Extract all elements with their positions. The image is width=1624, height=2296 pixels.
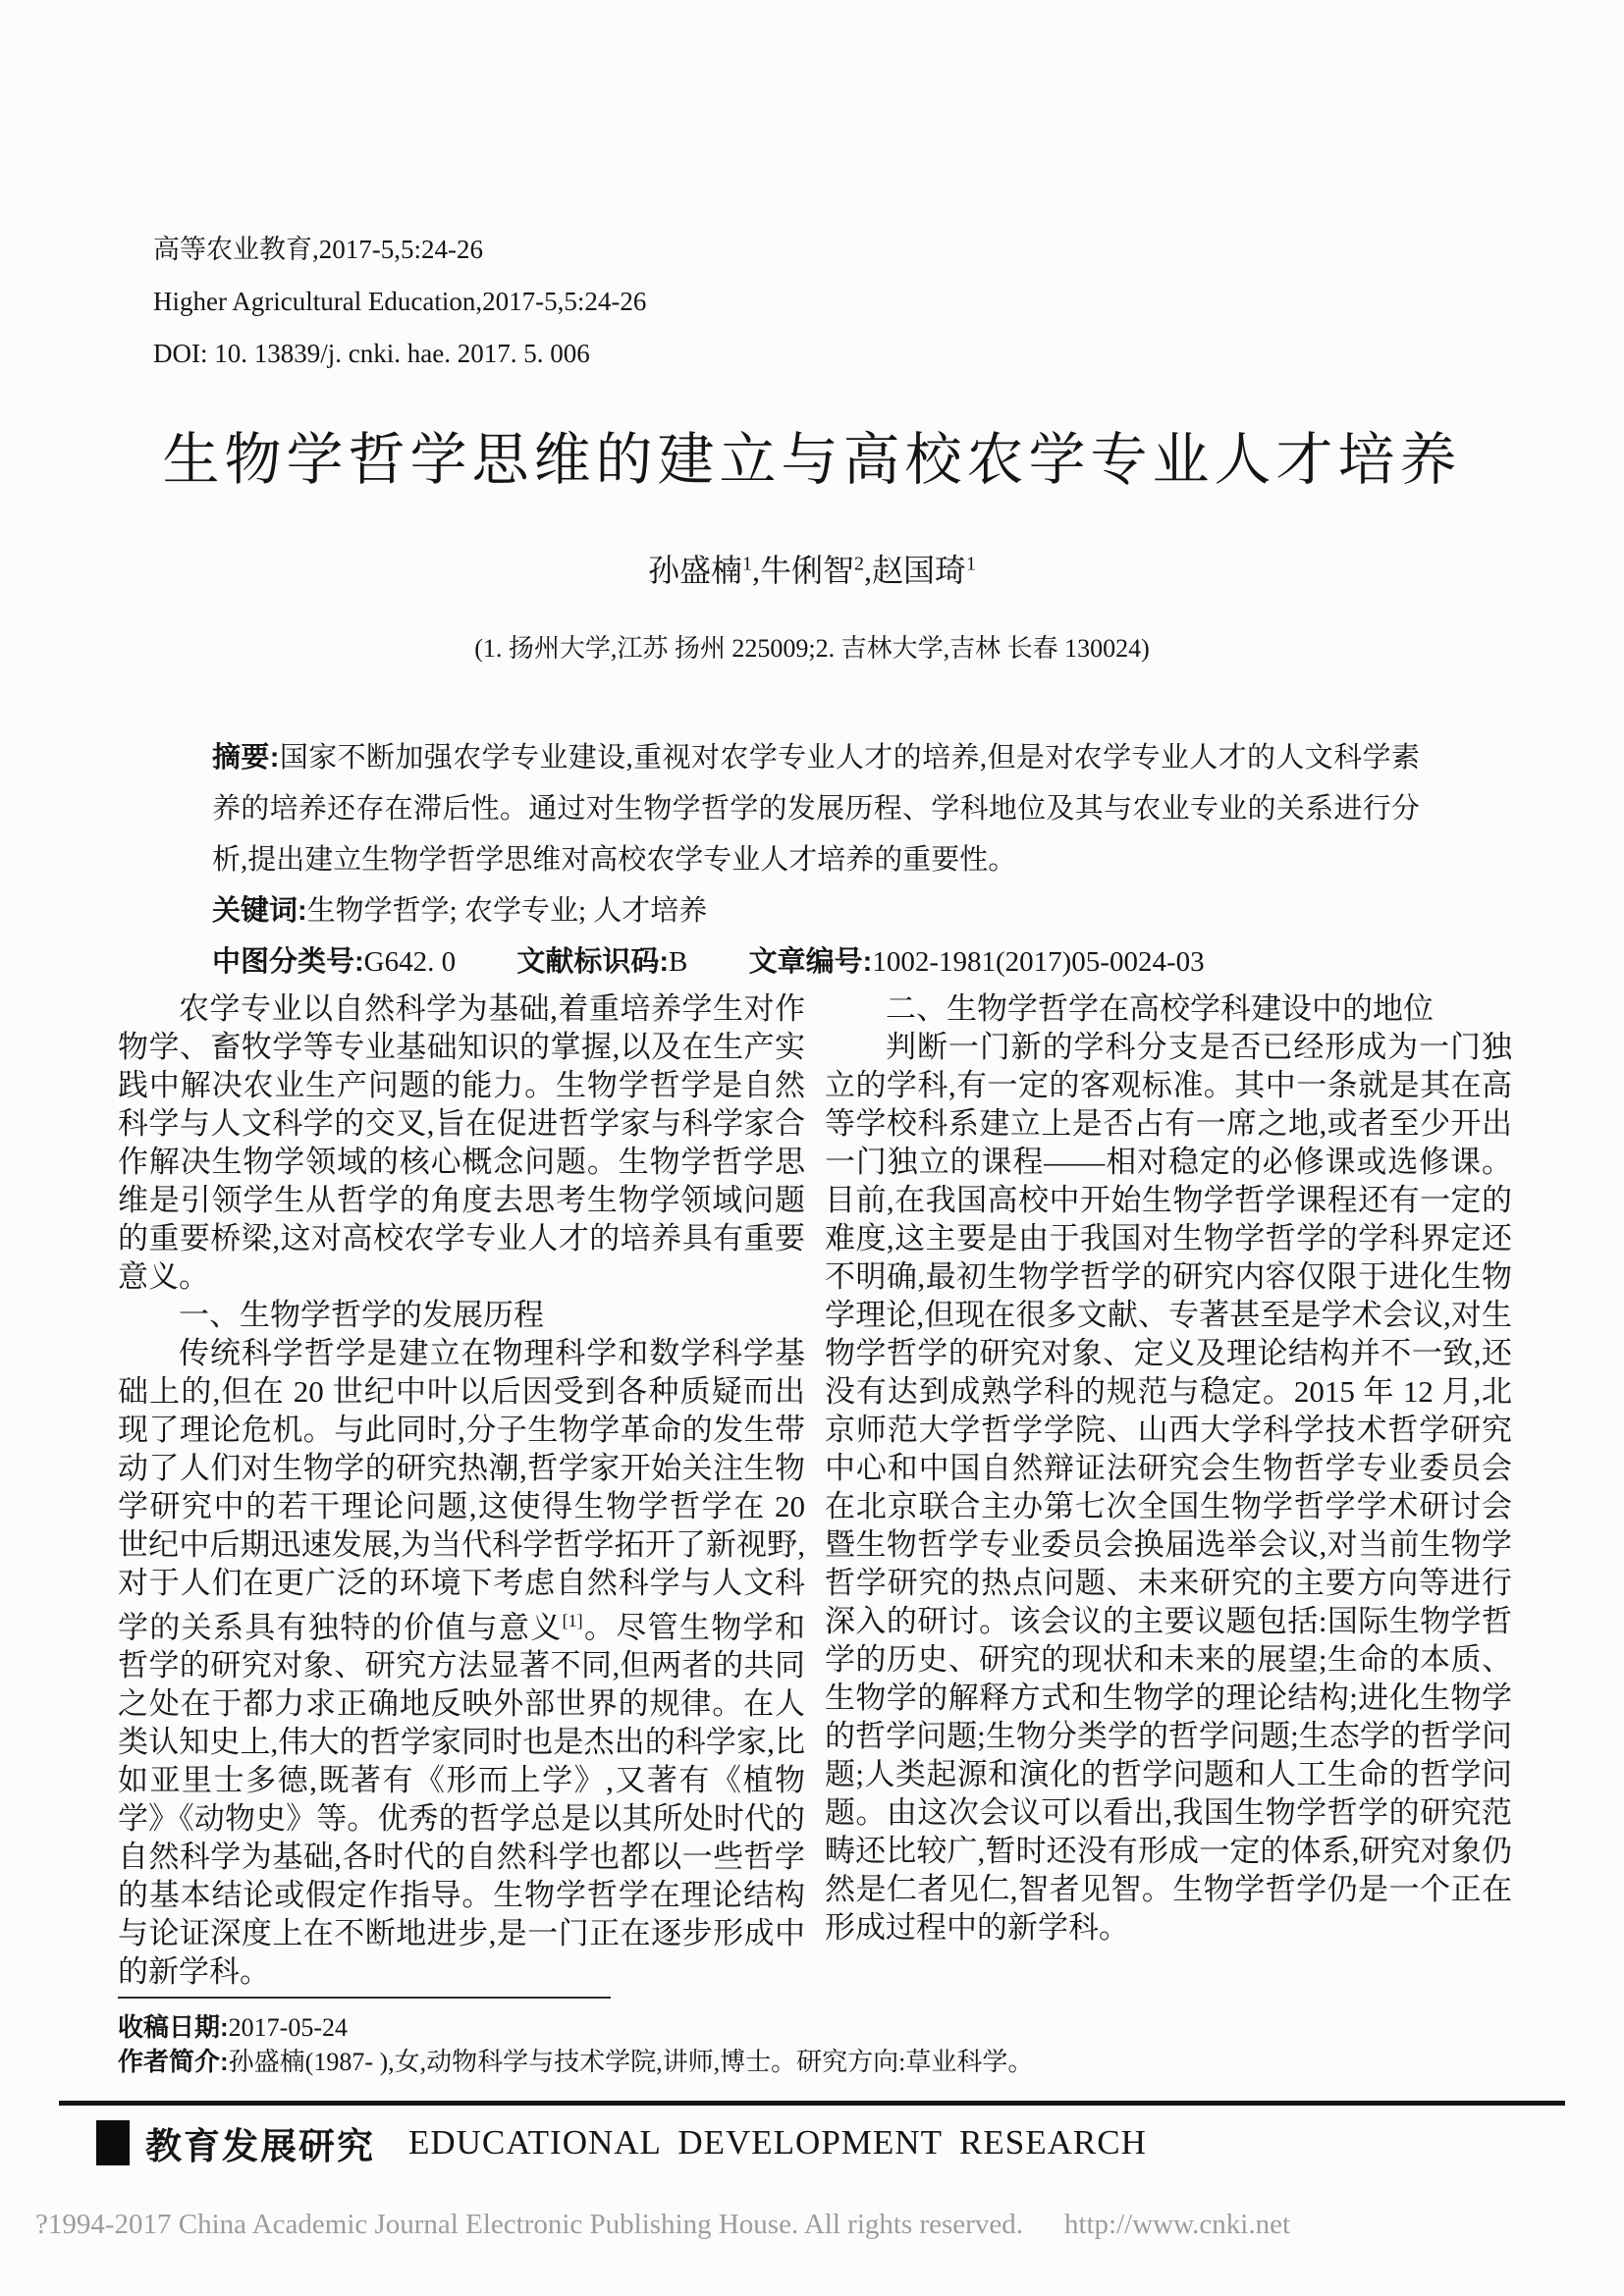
clc-label: 中图分类号: xyxy=(212,946,364,978)
author-affiliation-superscript: 1 xyxy=(966,553,976,574)
journal-header: 高等农业教育,2017-5,5:24-26 Higher Agricultura… xyxy=(153,224,646,380)
author: 孙盛楠1, xyxy=(648,553,760,588)
abstract-label: 摘要: xyxy=(212,742,279,774)
footnote-block: 收稿日期:2017-05-24 作者简介:孙盛楠(1987- ),女,动物科学与… xyxy=(118,1997,1345,2079)
body-paragraph-1: 农学专业以自然科学为基础,着重培养学生对作物学、畜牧学等专业基础知识的掌握,以及… xyxy=(118,989,805,1296)
section-divider-rule xyxy=(59,2101,1565,2106)
clc-group: 中图分类号:G642. 0 xyxy=(212,936,456,988)
footer-section-title-en: EDUCATIONAL DEVELOPMENT RESEARCH xyxy=(408,2123,1147,2163)
footnote-divider-rule xyxy=(118,1997,611,1999)
author-name: 赵国琦 xyxy=(872,553,966,588)
cnki-url: http://www.cnki.net xyxy=(1064,2209,1290,2240)
article-id-value: 1002-1981(2017)05-0024-03 xyxy=(872,946,1204,978)
affiliation-line: (1. 扬州大学,江苏 扬州 225009;2. 吉林大学,吉林 长春 1300… xyxy=(0,628,1624,665)
abstract-paragraph: 摘要:国家不断加强农学专业建设,重视对农学专业人才的培养,但是对农学专业人才的人… xyxy=(212,732,1420,885)
body-paragraph-3: 判断一门新的学科分支是否已经形成为一门独立的学科,有一定的客观标准。其中一条就是… xyxy=(825,1028,1512,1947)
right-column: 二、生物学哲学在高校学科建设中的地位 判断一门新的学科分支是否已经形成为一门独立… xyxy=(825,989,1512,1991)
received-date-line: 收稿日期:2017-05-24 xyxy=(118,2010,1345,2045)
author-name: 孙盛楠 xyxy=(648,553,742,588)
keywords-line: 关键词:生物学哲学; 农学专业; 人才培养 xyxy=(212,885,1420,936)
doc-code-group: 文献标识码:B xyxy=(516,936,687,988)
journal-title-en: Higher Agricultural Education,2017-5,5:2… xyxy=(153,276,646,328)
abstract-block: 摘要:国家不断加强农学专业建设,重视对农学专业人才的培养,但是对农学专业人才的人… xyxy=(212,732,1420,988)
author: 赵国琦1 xyxy=(872,553,976,588)
left-column: 农学专业以自然科学为基础,着重培养学生对作物学、畜牧学等专业基础知识的掌握,以及… xyxy=(118,989,805,1991)
doc-code-label: 文献标识码: xyxy=(516,946,669,978)
copyright-line: ?1994-2017 China Academic Journal Electr… xyxy=(35,2209,1606,2241)
article-id-group: 文章编号:1002-1981(2017)05-0024-03 xyxy=(749,936,1205,988)
abstract-text: 国家不断加强农学专业建设,重视对农学专业人才的培养,但是对农学专业人才的人文科学… xyxy=(212,742,1420,876)
author-name: 牛俐智 xyxy=(760,553,854,588)
paragraph-text-after-citation: 。尽管生物学和哲学的研究对象、研究方法显著不同,但两者的共同之处在于都力求正确地… xyxy=(118,1610,805,1989)
body-columns: 农学专业以自然科学为基础,着重培养学生对作物学、畜牧学等专业基础知识的掌握,以及… xyxy=(118,989,1512,1991)
body-paragraph-2: 传统科学哲学是建立在物理科学和数学科学基础上的,但在 20 世纪中叶以后因受到各… xyxy=(118,1334,805,1991)
doc-code-value: B xyxy=(669,946,687,978)
section-heading-2: 二、生物学哲学在高校学科建设中的地位 xyxy=(825,989,1512,1028)
paragraph-text-before-citation: 传统科学哲学是建立在物理科学和数学科学基础上的,但在 20 世纪中叶以后因受到各… xyxy=(118,1336,805,1644)
keywords-label: 关键词: xyxy=(212,895,307,927)
section-marker-icon xyxy=(96,2120,130,2165)
article-title: 生物学哲学思维的建立与高校农学专业人才培养 xyxy=(0,428,1624,494)
clc-value: G642. 0 xyxy=(364,946,456,978)
author-separator: , xyxy=(864,553,872,588)
author-affiliation-superscript: 2 xyxy=(854,553,864,574)
keywords-text: 生物学哲学; 农学专业; 人才培养 xyxy=(307,895,708,927)
author-bio-label: 作者简介: xyxy=(118,2047,229,2076)
meta-line: 中图分类号:G642. 0 文献标识码:B 文章编号:1002-1981(201… xyxy=(212,936,1420,988)
footer-bar: 教育发展研究 EDUCATIONAL DEVELOPMENT RESEARCH xyxy=(96,2116,1147,2169)
footer-section-title-cn: 教育发展研究 xyxy=(145,2116,375,2169)
author-affiliation-superscript: 1 xyxy=(742,553,752,574)
doi-line: DOI: 10. 13839/j. cnki. hae. 2017. 5. 00… xyxy=(153,328,646,380)
received-date-label: 收稿日期: xyxy=(118,2012,229,2042)
scanned-paper-page: 高等农业教育,2017-5,5:24-26 Higher Agricultura… xyxy=(0,0,1624,2296)
author-bio-value: 孙盛楠(1987- ),女,动物科学与技术学院,讲师,博士。研究方向:草业科学。 xyxy=(229,2048,1034,2076)
citation-reference: [1] xyxy=(563,1611,583,1630)
article-id-label: 文章编号: xyxy=(749,946,873,978)
author: 牛俐智2, xyxy=(760,553,872,588)
author-bio-line: 作者简介:孙盛楠(1987- ),女,动物科学与技术学院,讲师,博士。研究方向:… xyxy=(118,2045,1345,2079)
authors-line: 孙盛楠1,牛俐智2,赵国琦1 xyxy=(0,546,1624,591)
copyright-text: ?1994-2017 China Academic Journal Electr… xyxy=(35,2209,1023,2240)
journal-title-cn: 高等农业教育,2017-5,5:24-26 xyxy=(153,224,646,276)
section-heading-1: 一、生物学哲学的发展历程 xyxy=(118,1296,805,1334)
author-separator: , xyxy=(752,553,760,588)
received-date-value: 2017-05-24 xyxy=(229,2013,348,2042)
